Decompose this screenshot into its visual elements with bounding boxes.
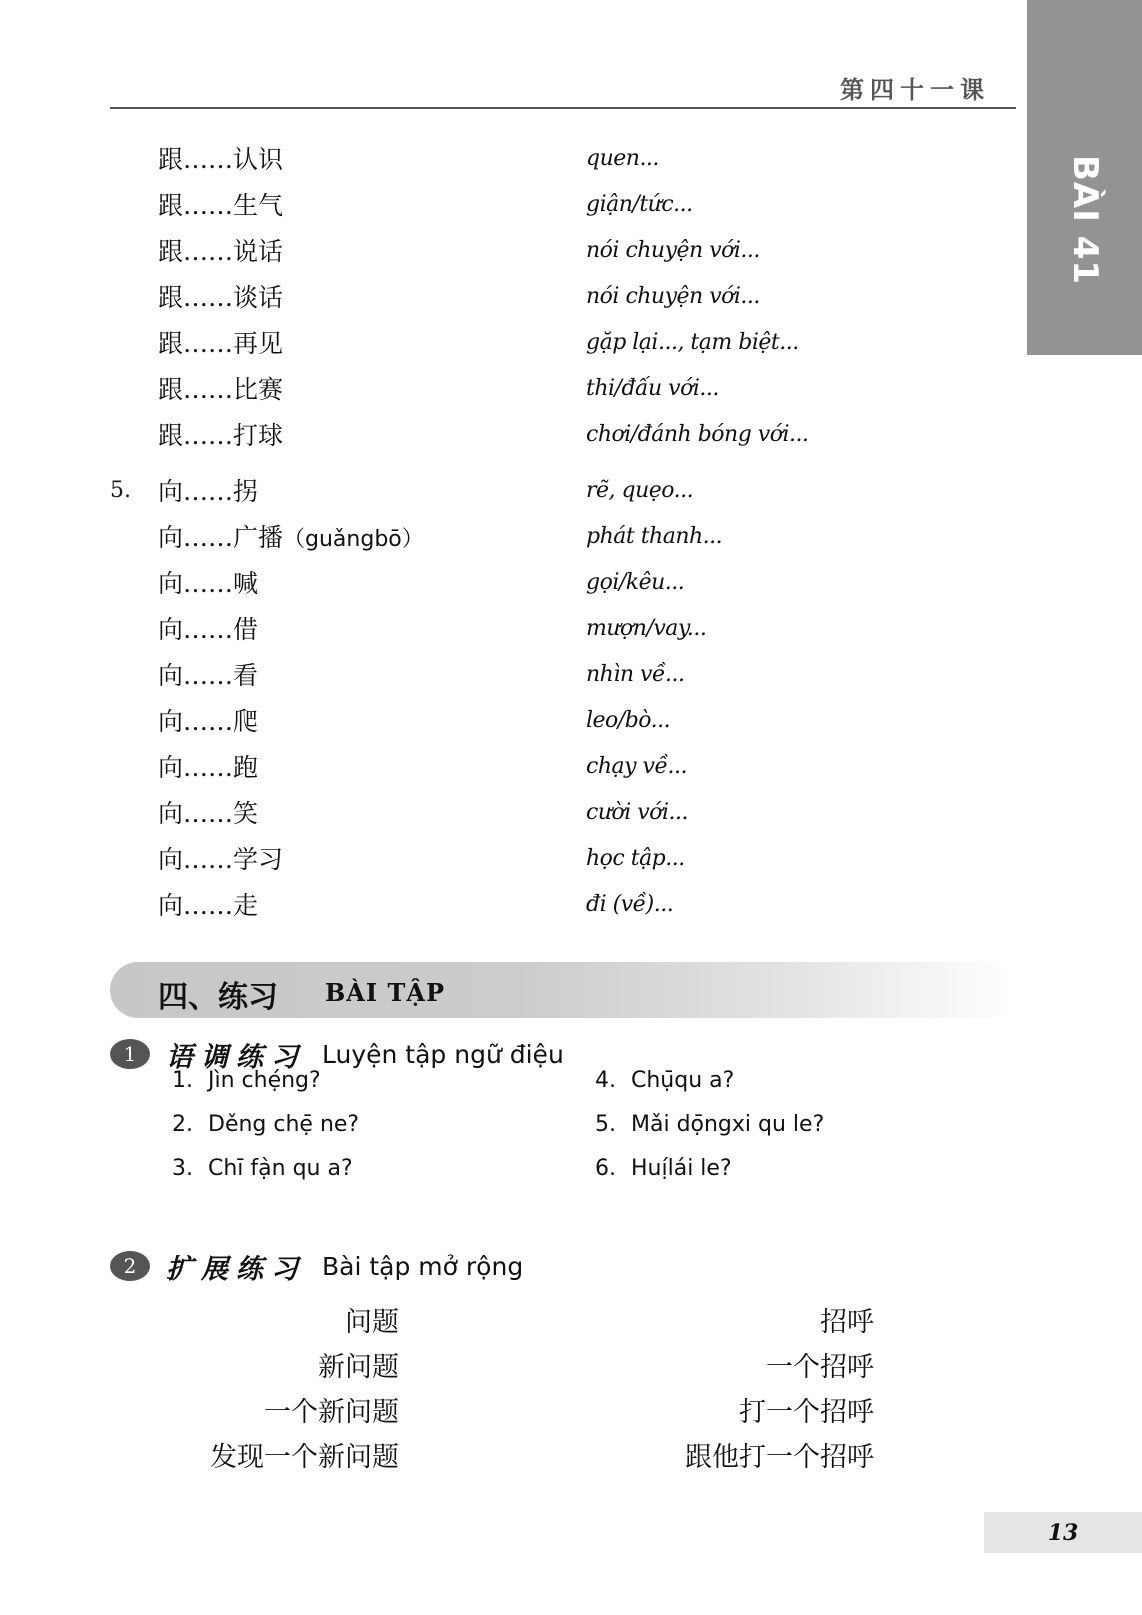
vocab-vi: gặp lại..., tạm biệt...	[586, 330, 799, 355]
vocab-vi: quen...	[586, 146, 659, 171]
vocab-vi: nói chuyện với...	[586, 238, 760, 263]
vocab-row: 向……走đi (về)...	[110, 881, 930, 927]
drill-item: 5.Mǎi dọ̄ngxi qu le?	[595, 1112, 824, 1137]
vocab-vi: cười với...	[586, 800, 688, 825]
expansion-left-line: 一个新问题	[264, 1390, 399, 1429]
vocab-row: 向……看nhìn về...	[110, 651, 930, 697]
vocab-vi: đi (về)...	[586, 892, 673, 917]
section-title-vi: BÀI TẬP	[325, 978, 445, 1007]
vocab-zh: 跟……打球	[158, 416, 283, 452]
vocab-row: 向……跑chạy về...	[110, 743, 930, 789]
vocab-row: 跟……打球chơi/đánh bóng với...	[110, 411, 930, 457]
vocab-zh: 跟……认识	[158, 140, 283, 176]
expansion-left-line: 问题	[345, 1300, 399, 1339]
vocab-row: 跟……比赛thi/đấu với...	[110, 365, 930, 411]
vocab-vi: mượn/vay...	[586, 616, 706, 641]
vocab-zh: 跟……生气	[158, 186, 283, 222]
vocab-row: 跟……谈话nói chuyện với...	[110, 273, 930, 319]
exercise-title-vi: Bài tập mở rộng	[322, 1252, 523, 1281]
vocab-zh: 向……笑	[158, 794, 258, 830]
vocab-zh: 向……爬	[158, 702, 258, 738]
exercise-number-badge: 1	[110, 1039, 150, 1069]
vocab-row: 向……爬leo/bò...	[110, 697, 930, 743]
expansion-left-line: 新问题	[318, 1345, 399, 1384]
vocab-vi: chơi/đánh bóng với...	[586, 422, 808, 447]
vocab-list: 跟……认识quen... 跟……生气giận/tức... 跟……说话nói c…	[110, 135, 930, 927]
vocab-vi: thi/đấu với...	[586, 376, 719, 401]
vocab-vi: phát thanh...	[586, 524, 722, 549]
drill-item: 6.Huị́lái le?	[595, 1156, 732, 1181]
vocab-zh: 向……看	[158, 656, 258, 692]
vocab-row: 向……笑cười với...	[110, 789, 930, 835]
vocab-row: 跟……认识quen...	[110, 135, 930, 181]
vocab-vi: leo/bò...	[586, 708, 670, 733]
vocab-zh: 跟……再见	[158, 324, 283, 360]
exercise-2-heading: 2 扩展练习 Bài tập mở rộng	[110, 1246, 523, 1286]
vocab-row: 跟……说话nói chuyện với...	[110, 227, 930, 273]
vocab-vi: nhìn về...	[586, 662, 684, 687]
vocab-zh: 向……学习	[158, 840, 283, 876]
drill-item: 3.Chī fạ̀n qu a?	[172, 1156, 353, 1181]
lesson-title-zh: 第四十一课	[840, 70, 990, 105]
vocab-zh: 向……跑	[158, 748, 258, 784]
vocab-vi: chạy về...	[586, 754, 687, 779]
vocab-num: 5.	[110, 478, 150, 503]
expansion-right-line: 打一个招呼	[739, 1390, 874, 1429]
exercise-title-zh: 扩展练习	[166, 1247, 306, 1286]
page-number: 13	[1048, 1520, 1079, 1546]
section-banner: 四、练习 BÀI TẬP	[110, 962, 1015, 1018]
drill-item: 4.Chụ̄qu a?	[595, 1068, 734, 1093]
exercise-title-vi: Luyện tập ngữ điệu	[322, 1040, 564, 1069]
vocab-vi: giận/tức...	[586, 192, 693, 217]
expansion-right-line: 跟他打一个招呼	[685, 1435, 874, 1474]
vocab-zh: 跟……谈话	[158, 278, 283, 314]
vocab-zh: 向……喊	[158, 564, 258, 600]
page-number-box: 13	[984, 1512, 1142, 1553]
section-title-zh: 四、练习	[158, 972, 278, 1016]
vocab-zh: 向……广播（guǎngbō）	[158, 518, 424, 554]
vocab-zh: 向……拐	[158, 472, 258, 508]
vocab-row: 向……广播（guǎngbō）phát thanh...	[110, 513, 930, 559]
vocab-vi: rẽ, quẹo...	[586, 478, 693, 503]
vocab-row: 跟……再见gặp lại..., tạm biệt...	[110, 319, 930, 365]
expansion-left-line: 发现一个新问题	[210, 1435, 399, 1474]
vocab-row: 向……喊gọi/kêu...	[110, 559, 930, 605]
expansion-right-line: 招呼	[820, 1300, 874, 1339]
lesson-side-tab-label: BÀI 41	[1065, 155, 1105, 285]
expansion-right-line: 一个招呼	[766, 1345, 874, 1384]
drill-item: 1.Jìn chẹ́ng?	[172, 1068, 321, 1093]
vocab-vi: gọi/kêu...	[586, 570, 684, 595]
vocab-zh: 跟……说话	[158, 232, 283, 268]
header-divider	[110, 107, 1016, 109]
drill-item: 2.Děng chẹ̄ ne?	[172, 1112, 359, 1137]
vocab-zh: 向……借	[158, 610, 258, 646]
lesson-side-tab-label-wrap: BÀI 41	[1040, 155, 1130, 285]
exercise-number-badge: 2	[110, 1251, 150, 1281]
vocab-row: 5.向……拐rẽ, quẹo...	[110, 467, 930, 513]
vocab-row: 向……借mượn/vay...	[110, 605, 930, 651]
vocab-row: 跟……生气giận/tức...	[110, 181, 930, 227]
vocab-zh: 向……走	[158, 886, 258, 922]
vocab-vi: học tập...	[586, 846, 685, 871]
vocab-vi: nói chuyện với...	[586, 284, 760, 309]
vocab-row: 向……学习học tập...	[110, 835, 930, 881]
vocab-zh: 跟……比赛	[158, 370, 283, 406]
